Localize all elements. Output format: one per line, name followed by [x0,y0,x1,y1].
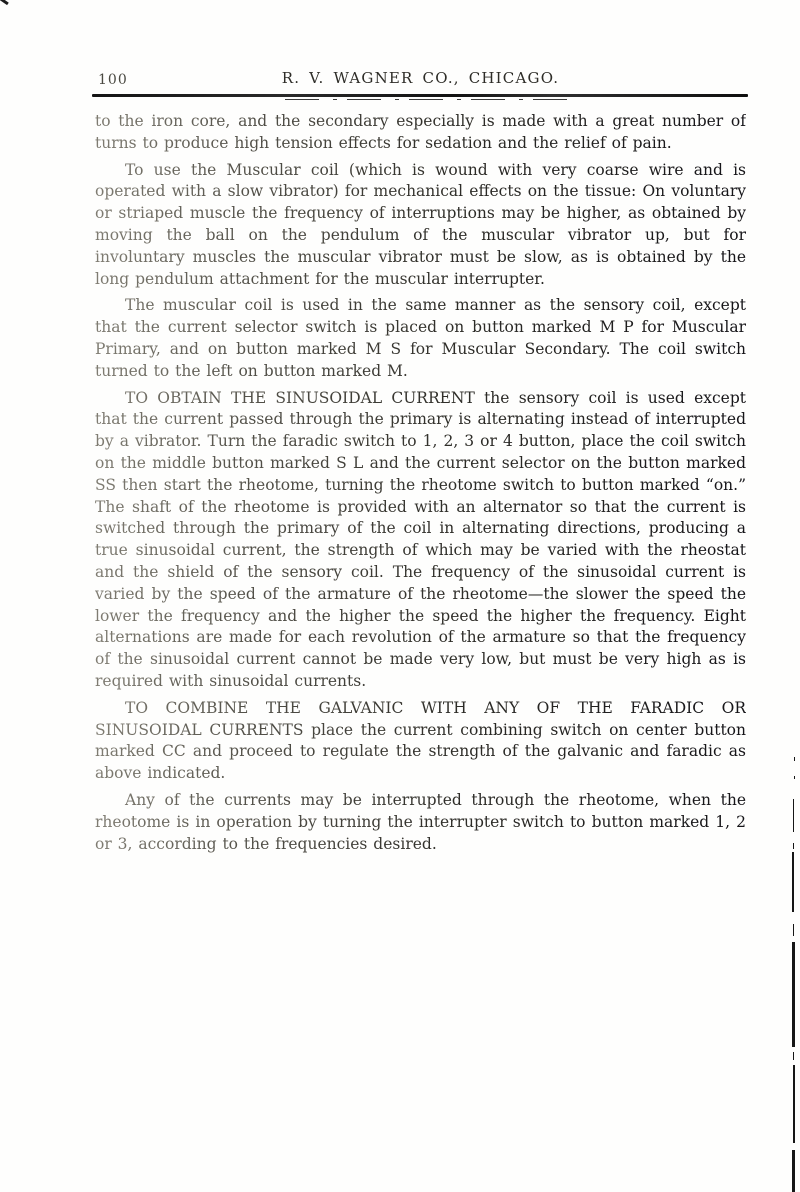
header-rule [92,94,748,97]
page-header: 100 R. V. WAGNER CO., CHICAGO. [95,69,746,91]
scan-artifact-line [793,799,794,832]
scan-artifact-line [792,1150,795,1192]
page-body: to the iron core, and the secondary espe… [95,111,746,860]
paragraph-interrupted-currents: Any of the currents may be interrupted t… [95,790,746,855]
paragraph-continuation: to the iron core, and the secondary espe… [95,111,746,155]
scan-artifact-line [793,1052,794,1060]
paragraph-muscular-coil-manner: The muscular coil is used in the same ma… [95,295,746,382]
paragraph-muscular-coil-use: To use the Muscular coil (which is wound… [95,160,746,291]
header-rule-detail [285,99,575,100]
paragraph-combine-galvanic: TO COMBINE THE GALVANIC WITH ANY OF THE … [95,698,746,785]
page-number: 100 [98,72,128,88]
header-title: R. V. WAGNER CO., CHICAGO. [95,69,746,87]
scan-artifact-line [792,852,794,912]
scan-artifact-line [792,942,795,1047]
scan-artifact-line [794,776,795,779]
book-page-scan: 100 R. V. WAGNER CO., CHICAGO. to the ir… [0,0,800,1192]
scan-artifact-line [793,924,794,936]
scan-corner-mark [0,0,9,5]
scan-artifact-line [793,843,794,849]
scan-artifact-line [794,757,795,761]
paragraph-sinusoidal-current: TO OBTAIN THE SINUSOIDAL CURRENT the sen… [95,388,746,693]
scan-artifact-line [793,1065,795,1143]
